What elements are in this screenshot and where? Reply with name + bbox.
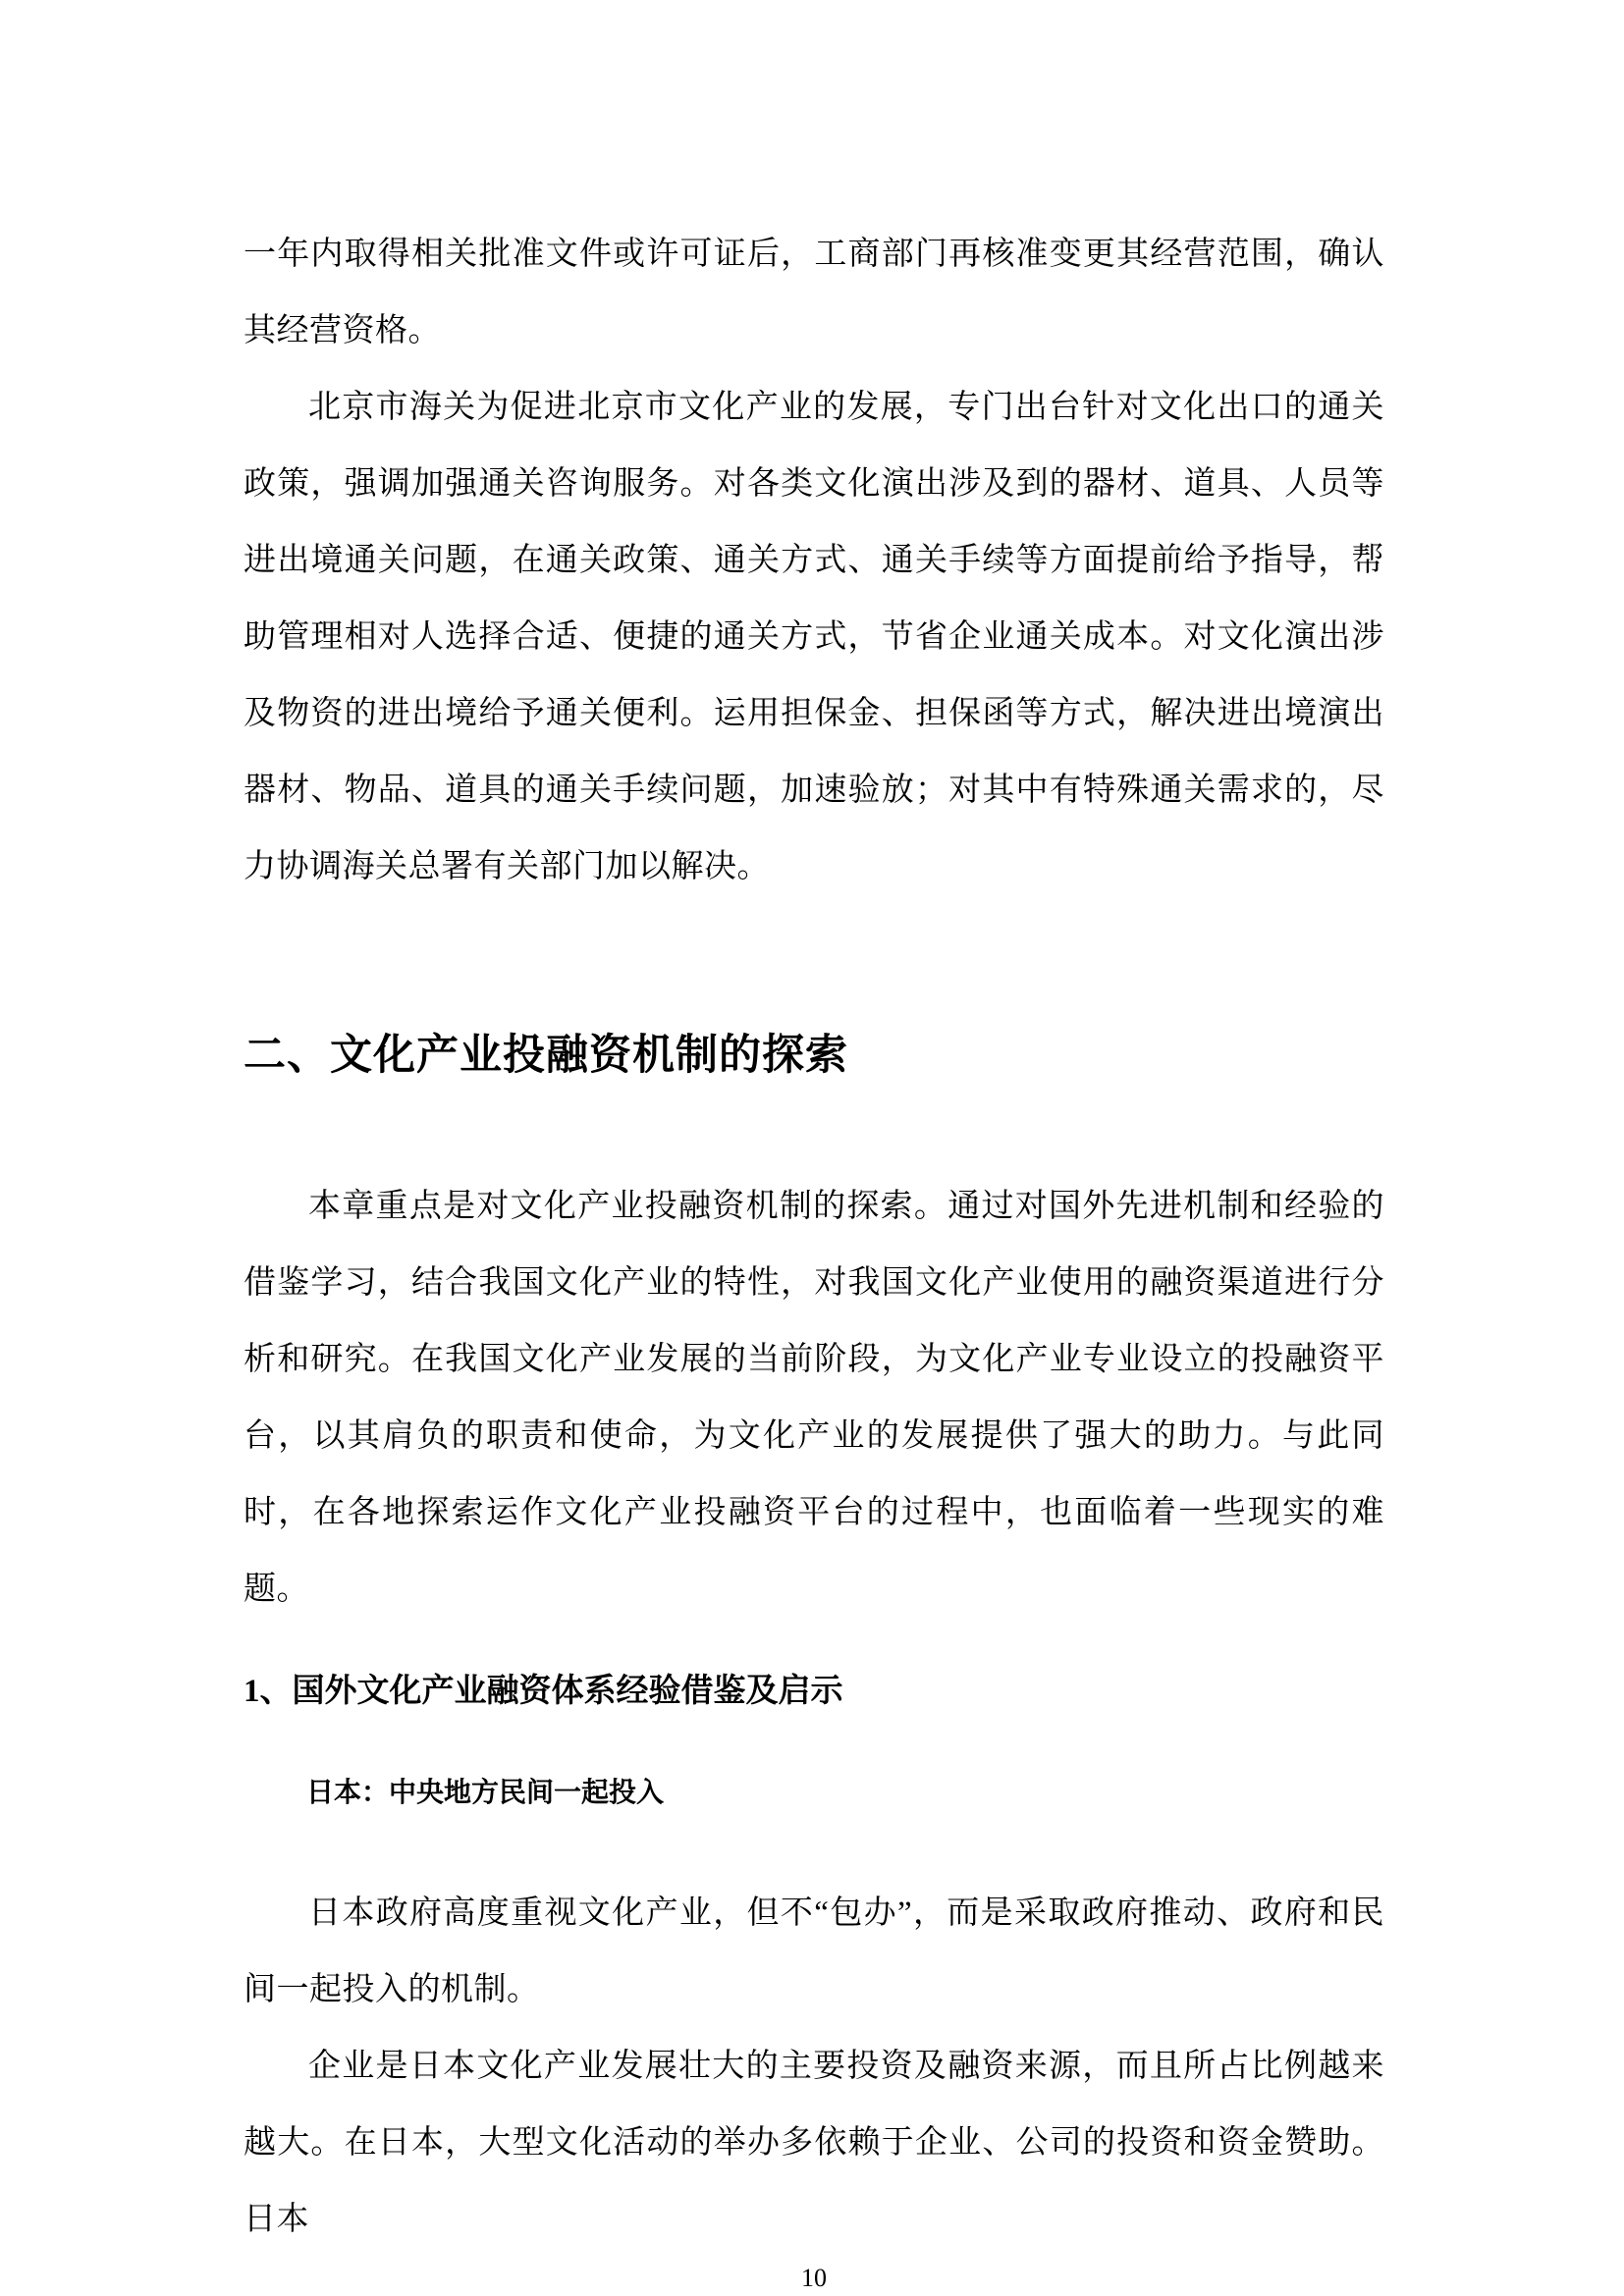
section-heading: 1、国外文化产业融资体系经验借鉴及启示 [244,1653,1384,1730]
body-paragraph: 北京市海关为促进北京市文化产业的发展，专门出台针对文化出口的通关政策，强调加强通… [244,369,1384,905]
document-page: 一年内取得相关批准文件或许可证后，工商部门再核准变更其经营范围，确认其经营资格。… [0,0,1624,2296]
page-number: 10 [244,2264,1384,2293]
body-paragraph: 日本政府高度重视文化产业，但不“包办”，而是采取政府推动、政府和民间一起投入的机… [244,1875,1384,2028]
subsection-heading: 日本：中央地方民间一起投入 [244,1755,1384,1832]
body-paragraph: 企业是日本文化产业发展壮大的主要投资及融资来源，而且所占比例越来越大。在日本，大… [244,2028,1384,2258]
body-paragraph: 本章重点是对文化产业投融资机制的探索。通过对国外先进机制和经验的借鉴学习，结合我… [244,1168,1384,1628]
chapter-heading: 二、文化产业投融资机制的探索 [244,1027,1384,1086]
body-paragraph: 一年内取得相关批准文件或许可证后，工商部门再核准变更其经营范围，确认其经营资格。 [244,216,1384,369]
